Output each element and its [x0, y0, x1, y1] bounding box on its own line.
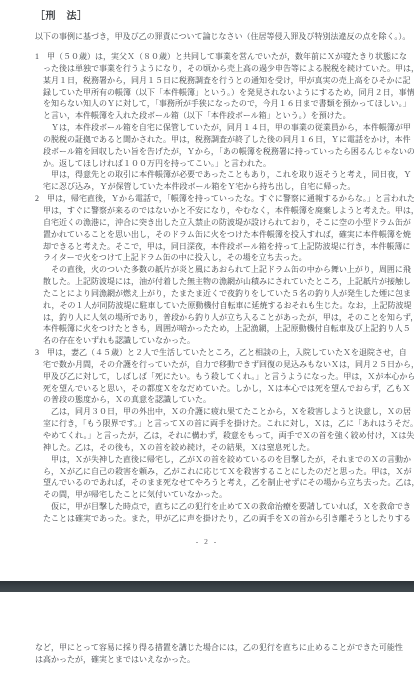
document-text-line: 却できると考えた。そこで，甲は，同日深夜，本件段ボール箱を持って上記防波堤に行き…: [35, 241, 407, 253]
document-text-line: たことにより同漁網が燃え上がり，たまたま近くで夜釣りをしていた５名の釣り人が発生…: [35, 288, 407, 300]
document-text-line: ライターで火をつけて上記ドラム缶の中に投入し，その場を立ち去った。: [35, 252, 407, 264]
document-text-line: 死を望んでいると思い，その都度Ｘをなだめていた。しかし，Ｘは本心では死を望んでお…: [35, 383, 407, 395]
document-page-2: ［刑 法］ 以下の事例に基づき，甲及び乙の罪責について論じなさい（住居等侵入罪及…: [0, 0, 414, 581]
document-text-line: 某月１日，税務署から，同月１５日に税務調査を行うとの通知を受け，甲が真実の売上高…: [35, 75, 407, 87]
document-text-line: った後は単独で事業を行うようになり，その頃から売上高の過少申告等による脱税を続け…: [35, 63, 407, 75]
document-text-line: 室に行き，「もう限界です。」と言ってＸの首に両手を掛けた。これに対し，Ｘは，乙に…: [35, 418, 407, 430]
subject-header: ［刑 法］: [35, 7, 88, 22]
document-text-line: 自宅近くの漁港に，沖合に突き出した立入禁止の防波堤が設けられており，そこに空の小…: [35, 217, 407, 229]
document-text-line: 名の存在をいずれも認識していなかった。: [35, 335, 407, 347]
document-text-line: その直後，火のついた多数の紙片が炎と風にあおられて上記ドラム缶の中から舞い上がり…: [35, 264, 407, 276]
document-text-line: 2 甲は，帰宅直後，Ｙから電話で，「帳簿を持っていったな。すぐに警察に通報するか…: [35, 193, 407, 205]
document-viewer: { "colors": { "text": "#3c4045", "separa…: [0, 0, 414, 678]
document-text-line: 1 甲（５０歳）は，実父Ｘ（８０歳）と共同して事業を営んでいたが，数年前にＸが寝…: [35, 51, 407, 63]
document-text-line: 甲は，Ｘが失神した直後に帰宅し，乙がＸの首を絞めているのを目撃したが，それまでの…: [35, 454, 407, 466]
document-text-line: Ｙは，本件段ボール箱を自宅に保管していたが，同月１４日，甲の事業の従業員から，本…: [35, 122, 407, 134]
document-text-line: 本件帳簿に火をつけたときも，周囲が暗かったため，上記漁網，上記原動機付自転車及び…: [35, 323, 407, 335]
document-text-line: れ，その１人が同防波堤に駐車していた原動機付自転車に延焼するおそれも生じた。なお…: [35, 300, 407, 312]
document-page-3: など，甲にとって容易に採り得る措置を講じた場合には，乙の犯行を直ちに止めることが…: [0, 592, 414, 678]
document-text-line: 仮に，甲が目撃した時点で，直ちに乙の犯行を止めてＸの救命治療を要請していれば，Ｘ…: [35, 501, 407, 513]
document-body-text: 1 甲（５０歳）は，実父Ｘ（８０歳）と共同して事業を営んでいたが，数年前にＸが寝…: [35, 51, 407, 525]
document-text-line: 望んでいるのであれば，そのまま死なせてやろうと考え，乙を制止せずにその場から立ち…: [35, 477, 407, 489]
document-text-line: 乙は，同月３０日，甲の外出中，Ｘの介護に疲れ果てたことから，Ｘを殺害しようと決意…: [35, 406, 407, 418]
document-text-line: は，釣り人に人気の場所であり，普段から釣り人が立ち入ることがあったが，甲は，その…: [35, 312, 407, 324]
document-text-line: 録していた甲所有の帳簿（以下「本件帳簿」という。）を発見されないようにするため，…: [35, 87, 407, 99]
document-text-line: は高かったが，確実とまではいえなかった。: [35, 654, 407, 666]
document-text-line: 甲は，すぐに警察が来るのではないかと不安になり，やむなく，本件帳簿を廃棄しようと…: [35, 205, 407, 217]
document-text-line: 散した。上記防波堤には，油が付着した無主物の漁網が山積みにされていたところ，上記…: [35, 276, 407, 288]
document-text-line: 置かれていることを思い出し，そのドラム缶に火をつけた本件帳簿を投入すれば，確実に…: [35, 229, 407, 241]
document-body-text-continued: など，甲にとって容易に採り得る措置を講じた場合には，乙の犯行を直ちに止めることが…: [35, 642, 407, 666]
document-text-line: を知らない知人のＹに対して，「事務所が手狭になったので，今月１６日まで書類を預か…: [35, 98, 407, 110]
page-number: - 2 -: [0, 537, 414, 546]
document-text-line: 宅で数か月間，その介護を行っていたが，自力で移動できず回復の見込みもないＸは，同…: [35, 359, 407, 371]
document-text-line: の脱税の証拠であると聞かされた。甲は，税務調査が終了した後の同月１６日，Ｙに電話…: [35, 134, 407, 146]
document-text-line: やめてくれ。」と言ったが，乙は，それに構わず，殺意をもって，両手でＸの首を強く絞…: [35, 430, 407, 442]
instruction-text: 以下の事例に基づき，甲及び乙の罪責について論じなさい（住居等侵入罪及び特別法違反…: [35, 31, 410, 42]
document-text-line: の普段の態度から，Ｘの真意を認識していた。: [35, 394, 407, 406]
document-text-line: 甲は，得意先との取引に本件帳簿が必要であったこともあり，これを取り返そうと考え，…: [35, 169, 407, 181]
document-text-line: ら，Ｘが乙に自己の殺害を頼み，乙がこれに応じてＸを殺害することにしたのだと思った…: [35, 466, 407, 478]
document-text-line: など，甲にとって容易に採り得る措置を講じた場合には，乙の犯行を直ちに止めることが…: [35, 642, 407, 654]
document-text-line: 宅に忍び込み，Ｙが保管していた本件段ボール箱をＹ宅から持ち出し，自宅に帰った。: [35, 181, 407, 193]
document-text-line: その間，甲が帰宅したことに気付いていなかった。: [35, 489, 407, 501]
document-text-line: 神した。乙は，その後も，Ｘの首を絞め続け，その結果，Ｘは窒息死した。: [35, 442, 407, 454]
document-text-line: か。返してほしければ１００万円を持ってこい。」と言われた。: [35, 158, 407, 170]
document-text-line: たことは確実であった。また，甲が乙に声を掛けたり，乙の両手をＸの首から引き離そう…: [35, 513, 407, 525]
page-separator-bar: [0, 581, 414, 592]
document-text-line: 甲及び乙に対して，しばしば「死にたい。もう殺してくれ。」と言うようになった。甲は…: [35, 371, 407, 383]
document-text-line: と言い，本件帳簿を入れた段ボール箱（以下「本件段ボール箱」という。）を預けた。: [35, 110, 407, 122]
document-text-line: 段ボール箱を回収したい旨を告げたが，Ｙから，「あの帳簿を税務署に持っていったら困…: [35, 146, 407, 158]
document-text-line: 3 甲は，妻乙（４５歳）と２人で生活していたところ，乙と相談の上，入院していたＸ…: [35, 347, 407, 359]
